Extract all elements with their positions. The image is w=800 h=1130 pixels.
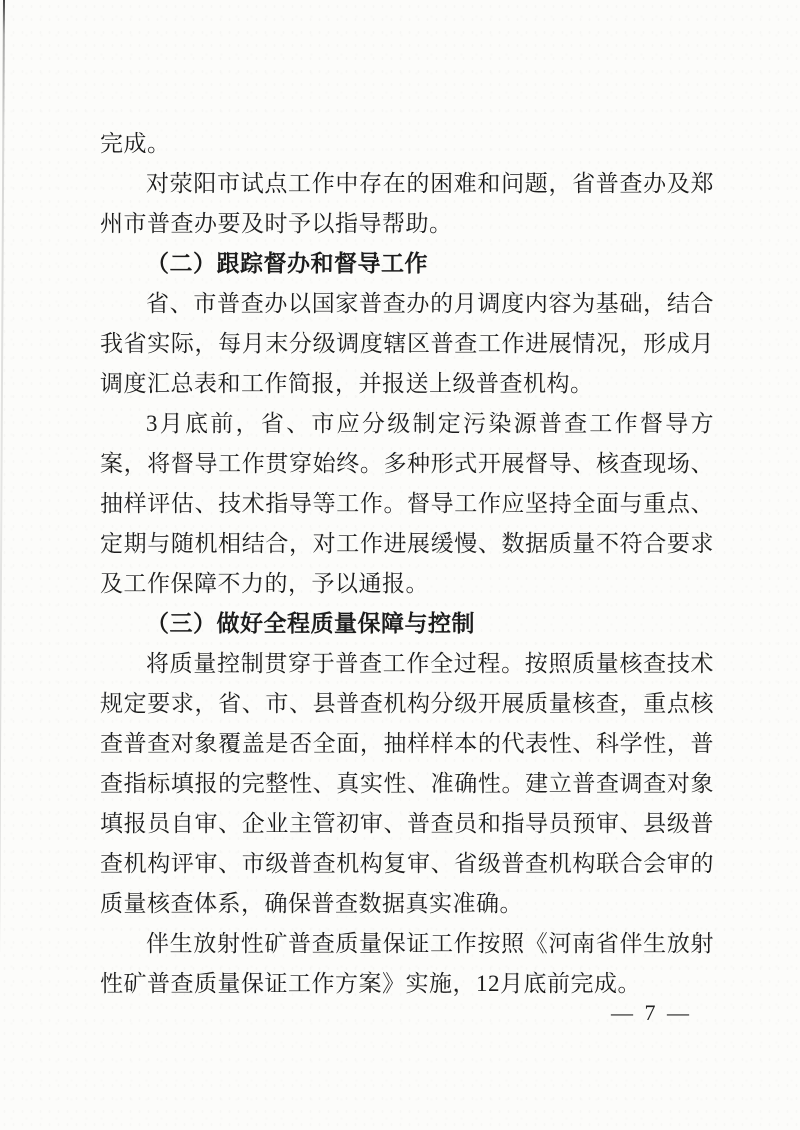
page-number: — 7 — (611, 1000, 692, 1026)
section-heading-2: （二）跟踪督办和督导工作 (100, 244, 714, 284)
paragraph: 对荥阳市试点工作中存在的困难和问题，省普查办及郑州市普查办要及时予以指导帮助。 (100, 164, 714, 244)
paragraph: 省、市普查办以国家普查办的月调度内容为基础，结合我省实际，每月末分级调度辖区普查… (100, 284, 714, 404)
scan-edge-artifact (0, 0, 5, 1130)
section-heading-3: （三）做好全程质量保障与控制 (100, 604, 714, 644)
document-body: 完成。 对荥阳市试点工作中存在的困难和问题，省普查办及郑州市普查办要及时予以指导… (100, 124, 714, 1004)
paragraph: 3月底前，省、市应分级制定污染源普查工作督导方案，将督导工作贯穿始终。多种形式开… (100, 404, 714, 604)
paragraph: 将质量控制贯穿于普查工作全过程。按照质量核查技术规定要求，省、市、县普查机构分级… (100, 644, 714, 924)
document-page: 完成。 对荥阳市试点工作中存在的困难和问题，省普查办及郑州市普查办要及时予以指导… (0, 0, 800, 1130)
paragraph: 伴生放射性矿普查质量保证工作按照《河南省伴生放射性矿普查质量保证工作方案》实施，… (100, 924, 714, 1004)
paragraph-continuation: 完成。 (100, 124, 714, 164)
